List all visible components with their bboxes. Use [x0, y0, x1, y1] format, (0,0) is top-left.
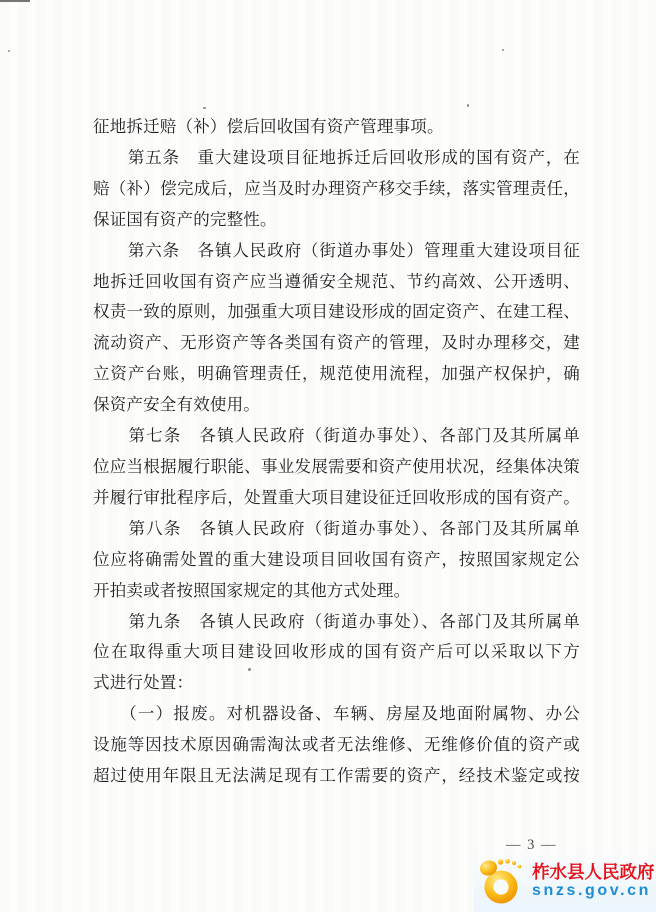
scan-speck	[8, 50, 10, 52]
text-line: 第五条 重大建设项目征地拆迁后回收形成的国有资产，在	[93, 143, 580, 174]
scanned-document-page: 征地拆迁赔（补）偿后回收国有资产管理事项。 第五条 重大建设项目征地拆迁后回收形…	[0, 0, 656, 912]
text-line: 设施等因技术原因确需淘汰或者无法维修、无维修价值的资产或	[93, 730, 580, 761]
text-line: 并履行审批程序后，处置重大项目建设征迁回收形成的国有资产。	[93, 483, 580, 514]
text-line: 开拍卖或者按照国家规定的其他方式处理。	[93, 576, 580, 607]
foot-print-icon	[476, 855, 528, 907]
document-text: 征地拆迁赔（补）偿后回收国有资产管理事项。 第五条 重大建设项目征地拆迁后回收形…	[93, 112, 580, 792]
text-line: 权责一致的原则，加强重大项目建设形成的固定资产、在建工程、	[93, 297, 580, 328]
text-line: 式进行处置：	[93, 668, 580, 699]
text-line: 第六条 各镇人民政府（街道办事处）管理重大建设项目征	[93, 236, 580, 267]
text-line: 第七条 各镇人民政府（街道办事处）、各部门及其所属单	[93, 421, 580, 452]
text-line: 保证国有资产的完整性。	[93, 205, 580, 236]
text-line: 立资产台账，明确管理责任，规范使用流程，加强产权保护，确	[93, 359, 580, 390]
text-line: 流动资产、无形资产等各类国有资产的管理，及时办理移交，建	[93, 328, 580, 359]
text-line: 第九条 各镇人民政府（街道办事处）、各部门及其所属单	[93, 607, 580, 638]
text-line: 位应当根据履行职能、事业发展需要和资产使用状况，经集体决策	[93, 452, 580, 483]
text-line: 位在取得重大项目建设回收形成的国有资产后可以采取以下方	[93, 637, 580, 668]
scan-speck	[203, 107, 206, 109]
text-line: 地拆迁回收国有资产应当遵循安全规范、节约高效、公开透明、	[93, 267, 580, 298]
site-url: snzs.gov.cn	[532, 882, 655, 900]
text-line: 位应将确需处置的重大建设项目回收国有资产，按照国家规定公	[93, 545, 580, 576]
text-line: 保资产安全有效使用。	[93, 390, 580, 421]
watermark-text: 柞水县人民政府 snzs.gov.cn	[532, 862, 655, 901]
text-line: 超过使用年限且无法满足现有工作需要的资产，经技术鉴定或按	[93, 761, 580, 792]
text-line: 赔（补）偿完成后，应当及时办理资产移交手续，落实管理责任，	[93, 174, 580, 205]
government-site-watermark[interactable]: 柞水县人民政府 snzs.gov.cn	[474, 850, 656, 912]
org-name: 柞水县人民政府	[532, 862, 655, 882]
text-line: （一）报废。对机器设备、车辆、房屋及地面附属物、办公	[93, 699, 580, 730]
scan-edge-artifact	[0, 0, 30, 2]
scan-speck	[502, 49, 504, 51]
scan-speck	[467, 104, 469, 107]
text-line: 征地拆迁赔（补）偿后回收国有资产管理事项。	[93, 112, 580, 143]
text-line: 第八条 各镇人民政府（街道办事处）、各部门及其所属单	[93, 514, 580, 545]
